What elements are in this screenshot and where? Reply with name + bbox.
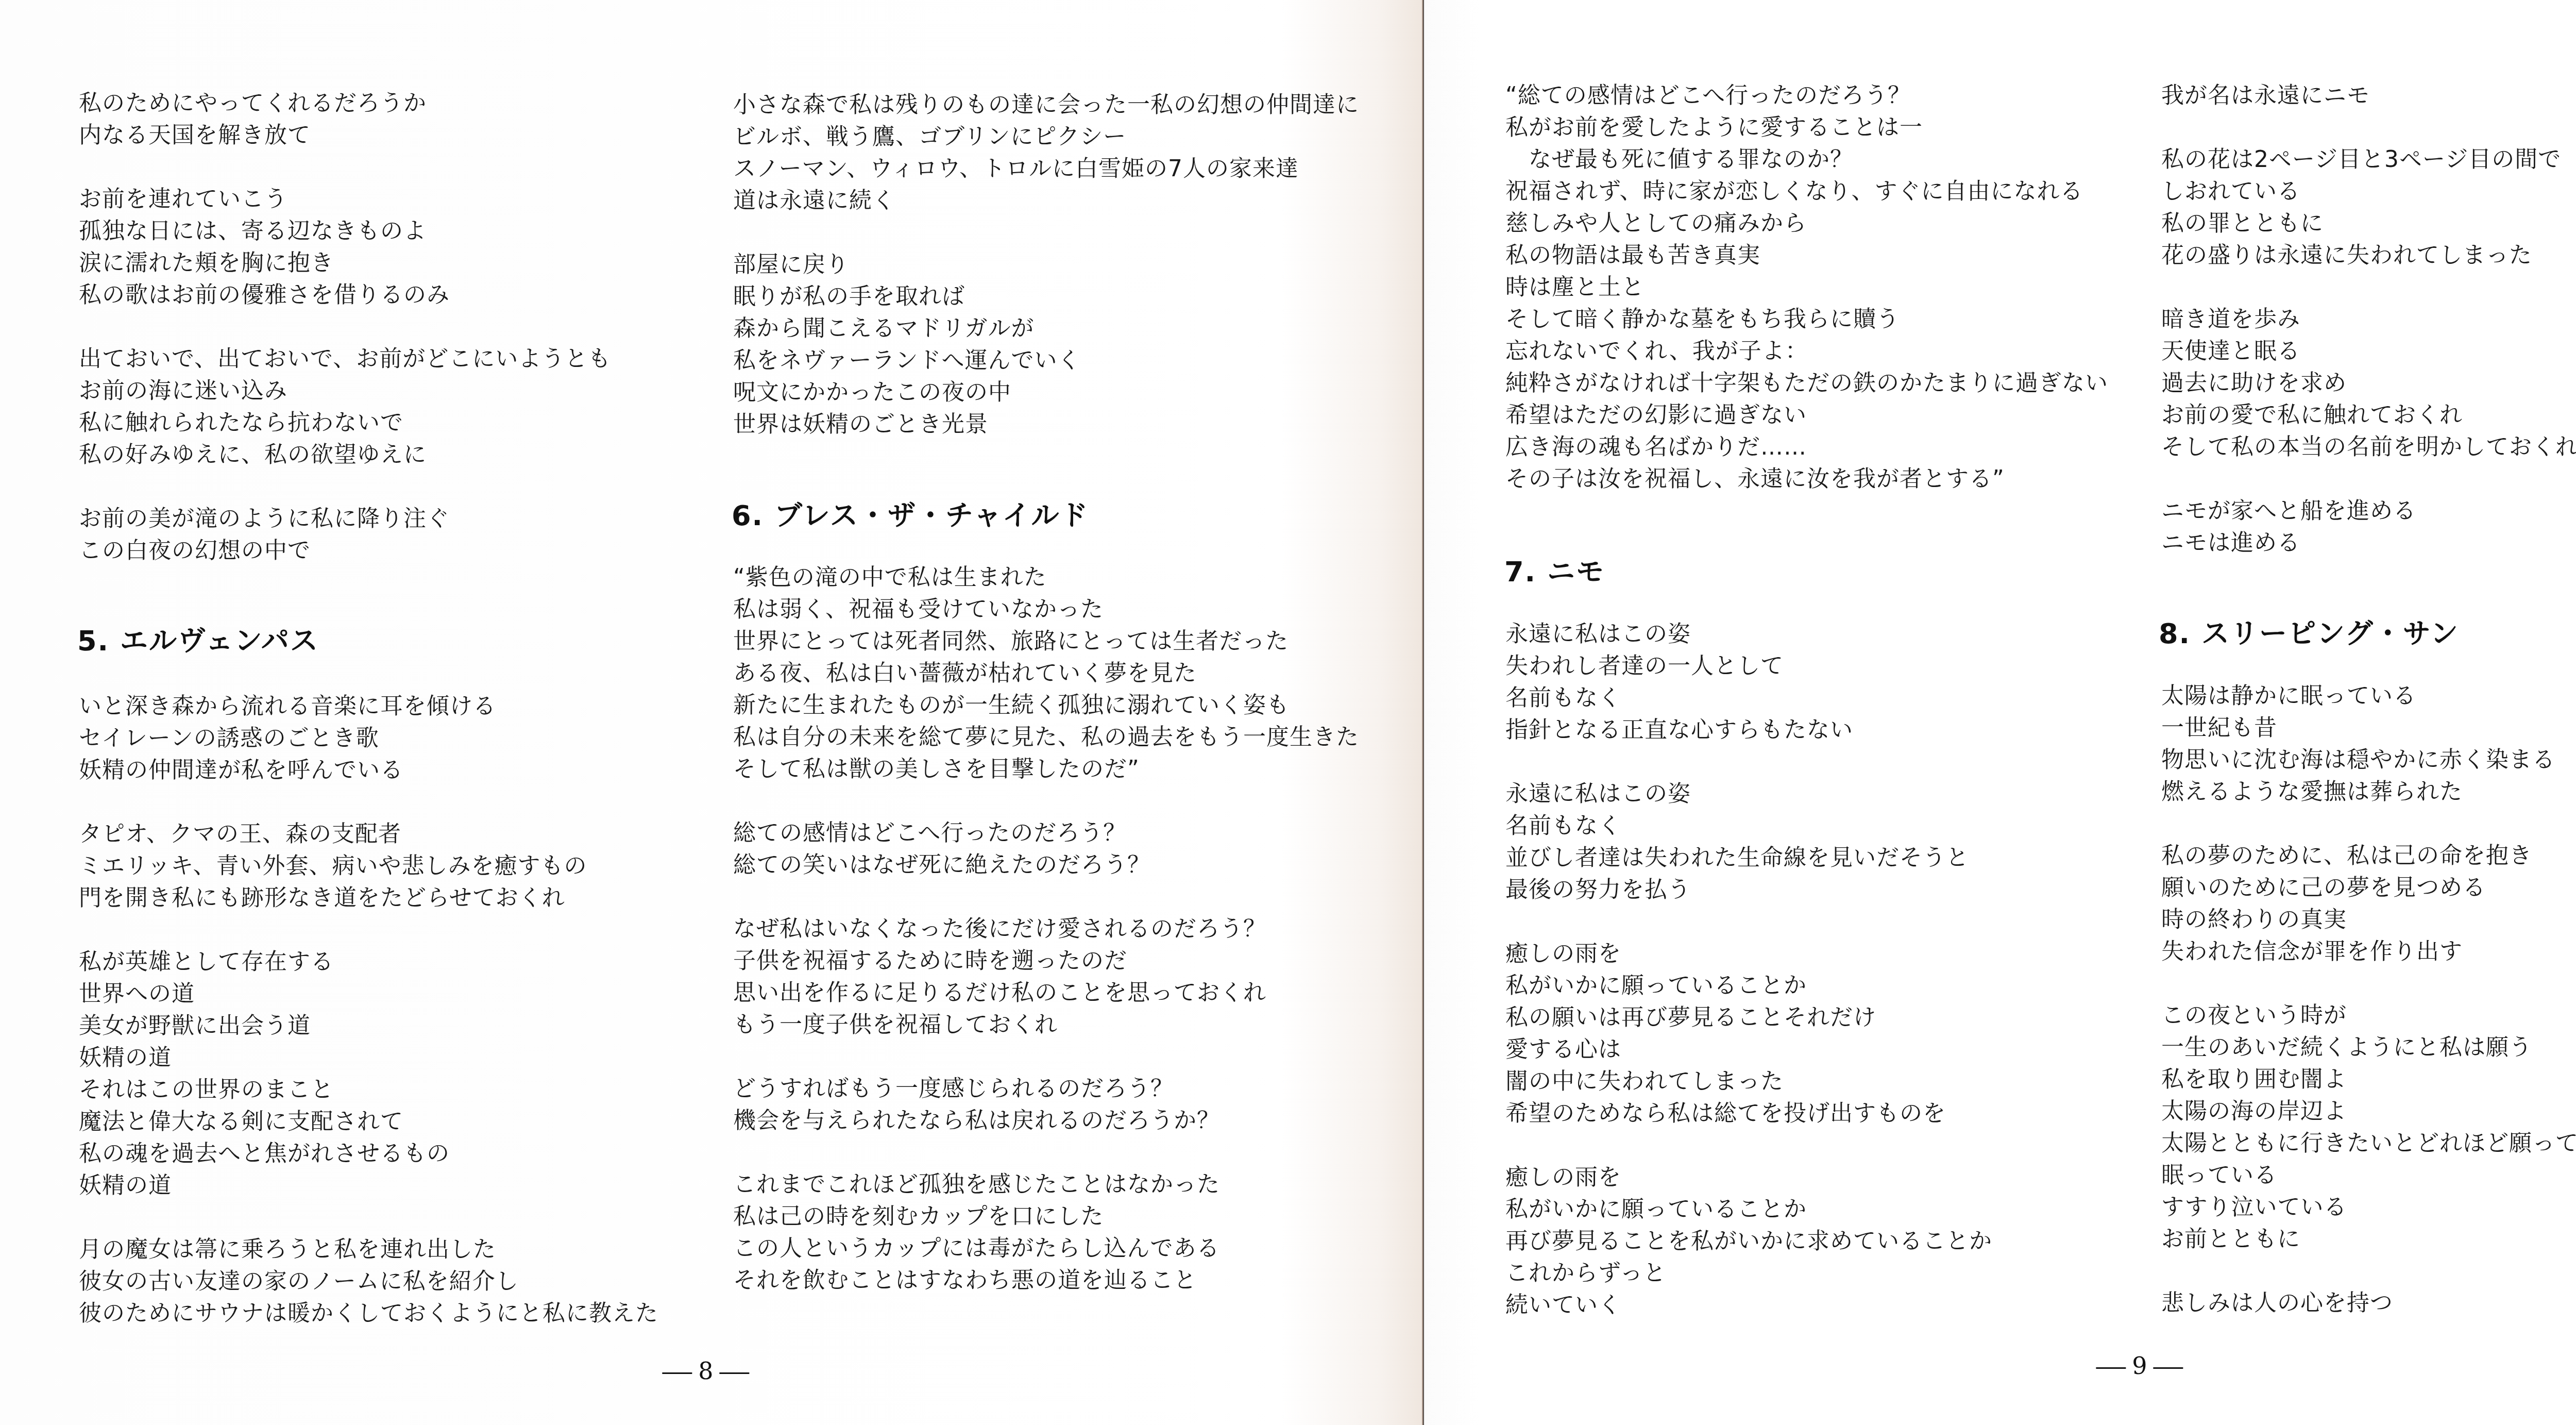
lyric-line: そして私の本当の名前を明かしておくれ [2161, 431, 2576, 463]
lyric-line: 祝福されず、時に家が恋しくなり、すぐに自由になれる [1505, 176, 2108, 208]
lyric-line: 暗き道を歩み [2161, 304, 2576, 336]
lyric-line: 希望はただの幻影に過ぎない [1505, 399, 2108, 431]
lyric-line: 物思いに沈む海は穏やかに赤く染まる [2161, 744, 2576, 776]
lyric-line: 機会を与えられたなら私は戻れるのだろうか？ [733, 1105, 1359, 1137]
stanza-break [79, 914, 658, 946]
stanza-break [733, 881, 1359, 913]
lyric-line: 眠っている [2161, 1160, 2576, 1192]
song-heading-6: 6. ブレス・ザ・チャイルド [732, 498, 1089, 534]
lyric-line: 失われた信念が罪を作り出す [2161, 936, 2576, 968]
lyric-line: 魔法と偉大なる剣に支配されて [79, 1106, 658, 1138]
lyric-line: それを飲むことはすなわち悪の道を辿ること [733, 1265, 1359, 1297]
stanza-break [79, 786, 658, 818]
lyric-line: 私は弱く、祝福も受けていなかった [733, 594, 1359, 626]
lyric-line: 我が名は永遠にニモ [2161, 80, 2576, 112]
lyric-line: 彼女の古い友達の家のノームに私を紹介し [79, 1266, 658, 1298]
lyric-line: お前を連れていこう [79, 183, 611, 215]
lyric-line: ビルボ、戦う鷹、ゴブリンにピクシー [733, 121, 1359, 153]
song-heading-7: 7. ニモ [1504, 554, 1605, 590]
column4-continuation: 我が名は永遠にニモ私の花は2ページ目と3ページ目の間でしおれている私の罪とともに… [2161, 80, 2576, 559]
lyric-line: 永遠に私はこの姿 [1505, 778, 1992, 810]
lyric-line: 世界への道 [79, 978, 658, 1010]
lyric-line: 私の花は2ページ目と3ページ目の間で [2161, 144, 2576, 176]
lyric-line: 並びし者達は失われた生命線を見いだそうと [1505, 842, 1992, 874]
stanza-break [1505, 746, 1992, 778]
lyric-line: 世界にとっては死者同然、旅路にとっては生者だった [733, 626, 1359, 658]
lyric-line: お前の愛で私に触れておくれ [2161, 399, 2576, 431]
lyric-line: 過去に助けを求め [2161, 367, 2576, 399]
lyric-line: 私を取り囲む闇よ [2161, 1064, 2576, 1096]
book-spine-gutter [1422, 0, 1424, 1425]
lyric-line: 総ての笑いはなぜ死に絶えたのだろう？ [733, 849, 1359, 881]
lyric-line: 思い出を作るに足りるだけ私のことを思っておくれ [733, 977, 1359, 1009]
lyric-line: 永遠に私はこの姿 [1505, 618, 1992, 650]
column2-song-lyrics: “紫色の滝の中で私は生まれた私は弱く、祝福も受けていなかった世界にとっては死者同… [733, 562, 1359, 1297]
lyric-line: 名前もなく [1505, 682, 1992, 714]
lyric-line: 願いのために己の夢を見つめる [2161, 872, 2576, 904]
lyric-line: 私がいかに願っていることか [1505, 1194, 1992, 1226]
lyric-line: 純粋さがなければ十字架もただの鉄のかたまりに過ぎない [1505, 367, 2108, 399]
lyric-line: 小さな森で私は残りのもの達に会った一私の幻想の仲間達に [733, 89, 1359, 121]
lyric-line: 一生のあいだ続くようにと私は願う [2161, 1032, 2576, 1064]
column1-song-lyrics: いと深き森から流れる音楽に耳を傾けるセイレーンの誘惑のごとき歌妖精の仲間達が私を… [79, 691, 658, 1330]
lyric-line: 内なる天国を解き放て [79, 120, 611, 152]
lyric-line: 新たに生まれたものが一生続く孤独に溺れていく姿も [733, 690, 1359, 722]
lyric-line: 私は自分の未来を総て夢に見た、私の過去をもう一度生きた [733, 722, 1359, 753]
stanza-break [2161, 808, 2576, 840]
stanza-break [733, 1041, 1359, 1073]
lyric-line: 私の歌はお前の優雅さを借りるのみ [79, 279, 611, 311]
column3-continuation: “総ての感情はどこへ行ったのだろう？私がお前を愛したように愛することは一 なぜ最… [1505, 80, 2108, 495]
lyric-line: どうすればもう一度感じられるのだろう？ [733, 1073, 1359, 1105]
lyric-line: もう一度子供を祝福しておくれ [733, 1009, 1359, 1041]
lyric-line: 私の夢のために、私は己の命を抱き [2161, 840, 2576, 872]
lyric-line: 私がお前を愛したように愛することは一 [1505, 112, 2108, 144]
page-number-8: 8 [656, 1355, 755, 1386]
lyric-line: しおれている [2161, 176, 2576, 208]
lyric-line: 彼のためにサウナは暖かくしておくようにと私に教えた [79, 1298, 658, 1330]
lyric-line: 総ての感情はどこへ行ったのだろう？ [733, 817, 1359, 849]
lyric-line: 燃えるような愛撫は葬られた [2161, 776, 2576, 808]
stanza-break [79, 471, 611, 503]
lyric-line: 時の終わりの真実 [2161, 904, 2576, 936]
lyric-line: すすり泣いている [2161, 1192, 2576, 1223]
lyric-line: これまでこれほど孤独を感じたことはなかった [733, 1169, 1359, 1201]
stanza-break [2161, 968, 2576, 1000]
lyric-line: “紫色の滝の中で私は生まれた [733, 562, 1359, 594]
column4-song-lyrics: 太陽は静かに眠っている一世紀も昔物思いに沈む海は穏やかに赤く染まる燃えるような愛… [2161, 680, 2576, 1319]
lyric-line: 私の物語は最も苦き真実 [1505, 240, 2108, 272]
column2-continuation: 小さな森で私は残りのもの達に会った一私の幻想の仲間達にビルボ、戦う鷹、ゴブリンに… [733, 89, 1359, 441]
column3-song-lyrics: 永遠に私はこの姿失われし者達の一人として名前もなく指針となる正直な心すらもたない… [1505, 618, 1992, 1321]
stanza-break [79, 1202, 658, 1234]
lyric-line: この人というカップには毒がたらし込んである [733, 1233, 1359, 1265]
lyric-line: ある夜、私は白い薔薇が枯れていく夢を見た [733, 658, 1359, 690]
stanza-break [2161, 463, 2576, 495]
lyric-line: 続いていく [1505, 1289, 1992, 1321]
stanza-break [1505, 1130, 1992, 1162]
lyric-line: なぜ私はいなくなった後にだけ愛されるのだろう？ [733, 913, 1359, 945]
lyric-line: お前の海に迷い込み [79, 375, 611, 407]
lyric-line: この白夜の幻想の中で [79, 535, 611, 567]
stanza-break [2161, 272, 2576, 304]
lyric-line: お前とともに [2161, 1223, 2576, 1255]
lyric-line: 私の罪とともに [2161, 208, 2576, 240]
lyric-line: 私の願いは再び夢見ることそれだけ [1505, 1002, 1992, 1034]
stanza-break [2161, 1255, 2576, 1287]
lyric-line: 最後の努力を払う [1505, 874, 1992, 906]
lyric-line: 妖精の道 [79, 1170, 658, 1202]
lyric-line: 癒しの雨を [1505, 1162, 1992, 1194]
lyric-line: 太陽の海の岸辺よ [2161, 1096, 2576, 1128]
lyric-line: お前の美が滝のように私に降り注ぐ [79, 503, 611, 535]
stanza-break [1505, 906, 1992, 938]
lyric-line: この夜という時が [2161, 1000, 2576, 1032]
lyric-line: 森から聞こえるマドリガルが [733, 313, 1359, 345]
lyric-line: 再び夢見ることを私がいかに求めていることか [1505, 1226, 1992, 1258]
dash-decoration [720, 1372, 750, 1374]
lyric-line: スノーマン、ウィロウ、トロルに白雪姫の7人の家来達 [733, 153, 1359, 185]
stanza-break [79, 152, 611, 183]
lyric-line: そして暗く静かな墓をもち我らに贖う [1505, 304, 2108, 336]
lyric-line: 太陽は静かに眠っている [2161, 680, 2576, 712]
song-heading-5: 5. エルヴェンパス [77, 623, 319, 659]
stanza-break [733, 1137, 1359, 1169]
lyric-line: 私の好みゆえに、私の欲望ゆえに [79, 439, 611, 471]
lyric-line: 月の魔女は箒に乗ろうと私を連れ出した [79, 1234, 658, 1266]
stanza-break [733, 785, 1359, 817]
lyric-line: なぜ最も死に値する罪なのか？ [1505, 144, 2108, 176]
lyric-line: 子供を祝福するために時を遡ったのだ [733, 945, 1359, 977]
lyric-line: 太陽とともに行きたいとどれほど願っていることか [2161, 1128, 2576, 1160]
lyric-line: 広き海の魂も名ばかりだ…… [1505, 431, 2108, 463]
lyric-line: 門を開き私にも跡形なき道をたどらせておくれ [79, 882, 658, 914]
stanza-break [733, 217, 1359, 249]
lyric-line: これからずっと [1505, 1258, 1992, 1289]
dash-decoration [2096, 1367, 2126, 1369]
lyric-line: 悲しみは人の心を持つ [2161, 1287, 2576, 1319]
lyric-line: 一世紀も昔 [2161, 712, 2576, 744]
lyric-line: 呪文にかかったこの夜の中 [733, 377, 1359, 409]
lyric-line: 私は己の時を刻むカップを口にした [733, 1201, 1359, 1233]
lyric-line: 妖精の道 [79, 1042, 658, 1074]
column1-continuation: 私のためにやってくれるだろうか内なる天国を解き放てお前を連れていこう孤独な日には… [79, 88, 611, 567]
lyric-line: そして私は獣の美しさを目撃したのだ” [733, 753, 1359, 785]
lyric-line: その子は汝を祝福し、永遠に汝を我が者とする” [1505, 463, 2108, 495]
lyric-line: 私の魂を過去へと焦がれさせるもの [79, 1138, 658, 1170]
lyric-line: それはこの世界のまこと [79, 1074, 658, 1106]
lyric-line: 美女が野獣に出会う道 [79, 1010, 658, 1042]
song-heading-8: 8. スリーピング・サン [2159, 616, 2459, 652]
lyric-line: いと深き森から流れる音楽に耳を傾ける [79, 691, 658, 723]
dash-decoration [2154, 1367, 2183, 1369]
lyric-line: 名前もなく [1505, 810, 1992, 842]
lyric-line: 忘れないでくれ、我が子よ： [1505, 336, 2108, 367]
lyric-line: 癒しの雨を [1505, 938, 1992, 970]
lyric-line: 眠りが私の手を取れば [733, 281, 1359, 313]
lyric-line: 時は塵と土と [1505, 272, 2108, 304]
lyric-line: 指針となる正直な心すらもたない [1505, 714, 1992, 746]
lyric-line: セイレーンの誘惑のごとき歌 [79, 723, 658, 755]
page-number-9: 9 [2090, 1350, 2189, 1381]
lyric-line: ニモは進める [2161, 527, 2576, 559]
lyric-line: 失われし者達の一人として [1505, 650, 1992, 682]
lyric-line: 私に触れられたなら抗わないで [79, 407, 611, 439]
lyric-line: 涙に濡れた頬を胸に抱き [79, 247, 611, 279]
lyric-line: 闇の中に失われてしまった [1505, 1066, 1992, 1098]
lyric-line: 慈しみや人としての痛みから [1505, 208, 2108, 240]
lyric-line: 愛する心は [1505, 1034, 1992, 1066]
lyric-line: 部屋に戻り [733, 249, 1359, 281]
lyric-line: ミエリッキ、青い外套、病いや悲しみを癒すもの [79, 850, 658, 882]
lyric-line: 世界は妖精のごとき光景 [733, 409, 1359, 441]
lyric-line: 妖精の仲間達が私を呼んでいる [79, 755, 658, 786]
lyric-line: 孤独な日には、寄る辺なきものよ [79, 215, 611, 247]
stanza-break [79, 311, 611, 343]
lyric-line: 道は永遠に続く [733, 185, 1359, 217]
lyric-line: 私がいかに願っていることか [1505, 970, 1992, 1002]
lyric-line: 出ておいで、出ておいで、お前がどこにいようとも [79, 343, 611, 375]
lyric-line: “総ての感情はどこへ行ったのだろう？ [1505, 80, 2108, 112]
lyric-line: 天使達と眠る [2161, 336, 2576, 367]
lyric-line: 私が英雄として存在する [79, 946, 658, 978]
dash-decoration [662, 1372, 692, 1374]
lyric-line: タピオ、クマの王、森の支配者 [79, 818, 658, 850]
lyric-line: 私をネヴァーランドへ運んでいく [733, 345, 1359, 377]
lyric-line: 花の盛りは永遠に失われてしまった [2161, 240, 2576, 272]
lyric-line: 私のためにやってくれるだろうか [79, 88, 611, 120]
lyric-line: ニモが家へと船を進める [2161, 495, 2576, 527]
lyric-line: 希望のためなら私は総てを投げ出すものを [1505, 1098, 1992, 1130]
stanza-break [2161, 112, 2576, 144]
